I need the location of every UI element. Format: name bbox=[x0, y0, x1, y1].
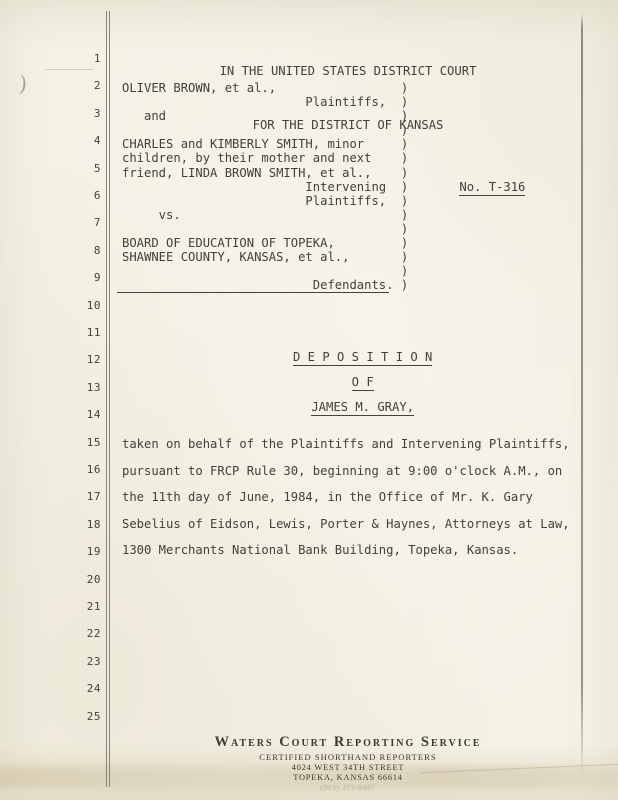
caption-line: Plaintiffs, ) bbox=[122, 95, 408, 109]
line-number: 14 bbox=[68, 408, 101, 421]
line-number: 21 bbox=[68, 600, 101, 613]
line-number: 6 bbox=[68, 189, 101, 202]
caption-line: ) bbox=[122, 264, 408, 278]
case-number: No. T-316 bbox=[430, 166, 525, 210]
line-number: 25 bbox=[68, 710, 101, 723]
line-number: 3 bbox=[68, 107, 101, 120]
footer-firm-name: Waters Court Reporting Service bbox=[113, 734, 583, 751]
body-line: pursuant to FRCP Rule 30, beginning at 9… bbox=[122, 458, 570, 485]
footer-subtitle: CERTIFIED SHORTHAND REPORTERS bbox=[113, 752, 583, 762]
caption-line: SHAWNEE COUNTY, KANSAS, et al., ) bbox=[122, 250, 408, 264]
line-number: 16 bbox=[68, 463, 101, 476]
body-line: 1300 Merchants National Bank Building, T… bbox=[122, 537, 570, 564]
line-number: 4 bbox=[68, 134, 101, 147]
caption-line: OLIVER BROWN, et al., ) bbox=[122, 81, 408, 95]
line-number: 10 bbox=[68, 299, 101, 312]
body-line: the 11th day of June, 1984, in the Offic… bbox=[122, 484, 570, 511]
body-line: taken on behalf of the Plaintiffs and In… bbox=[122, 431, 570, 458]
deposition-body-paragraph: taken on behalf of the Plaintiffs and In… bbox=[122, 431, 570, 564]
line-number: 20 bbox=[68, 573, 101, 586]
caption-line: BOARD OF EDUCATION OF TOPEKA, ) bbox=[122, 236, 408, 250]
left-margin-double-rule bbox=[106, 11, 110, 787]
footer-street-address: 4024 WEST 34TH STREET bbox=[113, 763, 583, 772]
case-number-text: No. T-316 bbox=[459, 180, 525, 196]
line-number: 2 bbox=[68, 79, 101, 92]
line-number: 17 bbox=[68, 490, 101, 503]
case-caption: OLIVER BROWN, et al., ) Plaintiffs, ) an… bbox=[122, 81, 408, 292]
body-line: Sebelius of Eidson, Lewis, Porter & Hayn… bbox=[122, 511, 570, 538]
caption-line: friend, LINDA BROWN SMITH, et al., ) bbox=[122, 166, 408, 180]
pen-mark: ) bbox=[18, 72, 28, 97]
line-number: 24 bbox=[68, 682, 101, 695]
scratch-mark bbox=[45, 69, 93, 70]
caption-line: vs. ) bbox=[122, 208, 408, 222]
caption-line: ) bbox=[122, 123, 408, 137]
line-number: 15 bbox=[68, 436, 101, 449]
line-number: 12 bbox=[68, 353, 101, 366]
line-number: 13 bbox=[68, 381, 101, 394]
caption-line: Plaintiffs, ) bbox=[122, 194, 408, 208]
line-number: 7 bbox=[68, 216, 101, 229]
court-header-line1: IN THE UNITED STATES DISTRICT COURT bbox=[113, 62, 583, 80]
deposition-cover-page: ) 12345678910111213141516171819202122232… bbox=[0, 0, 618, 800]
line-number: 1 bbox=[68, 52, 101, 65]
caption-line: and ) bbox=[122, 109, 408, 123]
title-deponent-name: JAMES M. GRAY, bbox=[113, 386, 583, 430]
footer-city-address: TOPEKA, KANSAS 66614 bbox=[113, 773, 583, 782]
line-number: 18 bbox=[68, 518, 101, 531]
line-number: 23 bbox=[68, 655, 101, 668]
line-number: 22 bbox=[68, 627, 101, 640]
title-deponent-name-text: JAMES M. GRAY, bbox=[311, 400, 414, 416]
footer-phone: (913) 272-0447 bbox=[113, 783, 583, 792]
line-number: 5 bbox=[68, 162, 101, 175]
caption-line: Intervening ) bbox=[122, 180, 408, 194]
line-number: 8 bbox=[68, 244, 101, 257]
caption-line: Defendants. ) bbox=[122, 278, 408, 292]
line-number: 11 bbox=[68, 326, 101, 339]
line-number: 19 bbox=[68, 545, 101, 558]
caption-closing-underline bbox=[117, 292, 389, 293]
caption-line: children, by their mother and next ) bbox=[122, 151, 408, 165]
caption-line: ) bbox=[122, 222, 408, 236]
line-number: 9 bbox=[68, 271, 101, 284]
caption-line: CHARLES and KIMBERLY SMITH, minor ) bbox=[122, 137, 408, 151]
